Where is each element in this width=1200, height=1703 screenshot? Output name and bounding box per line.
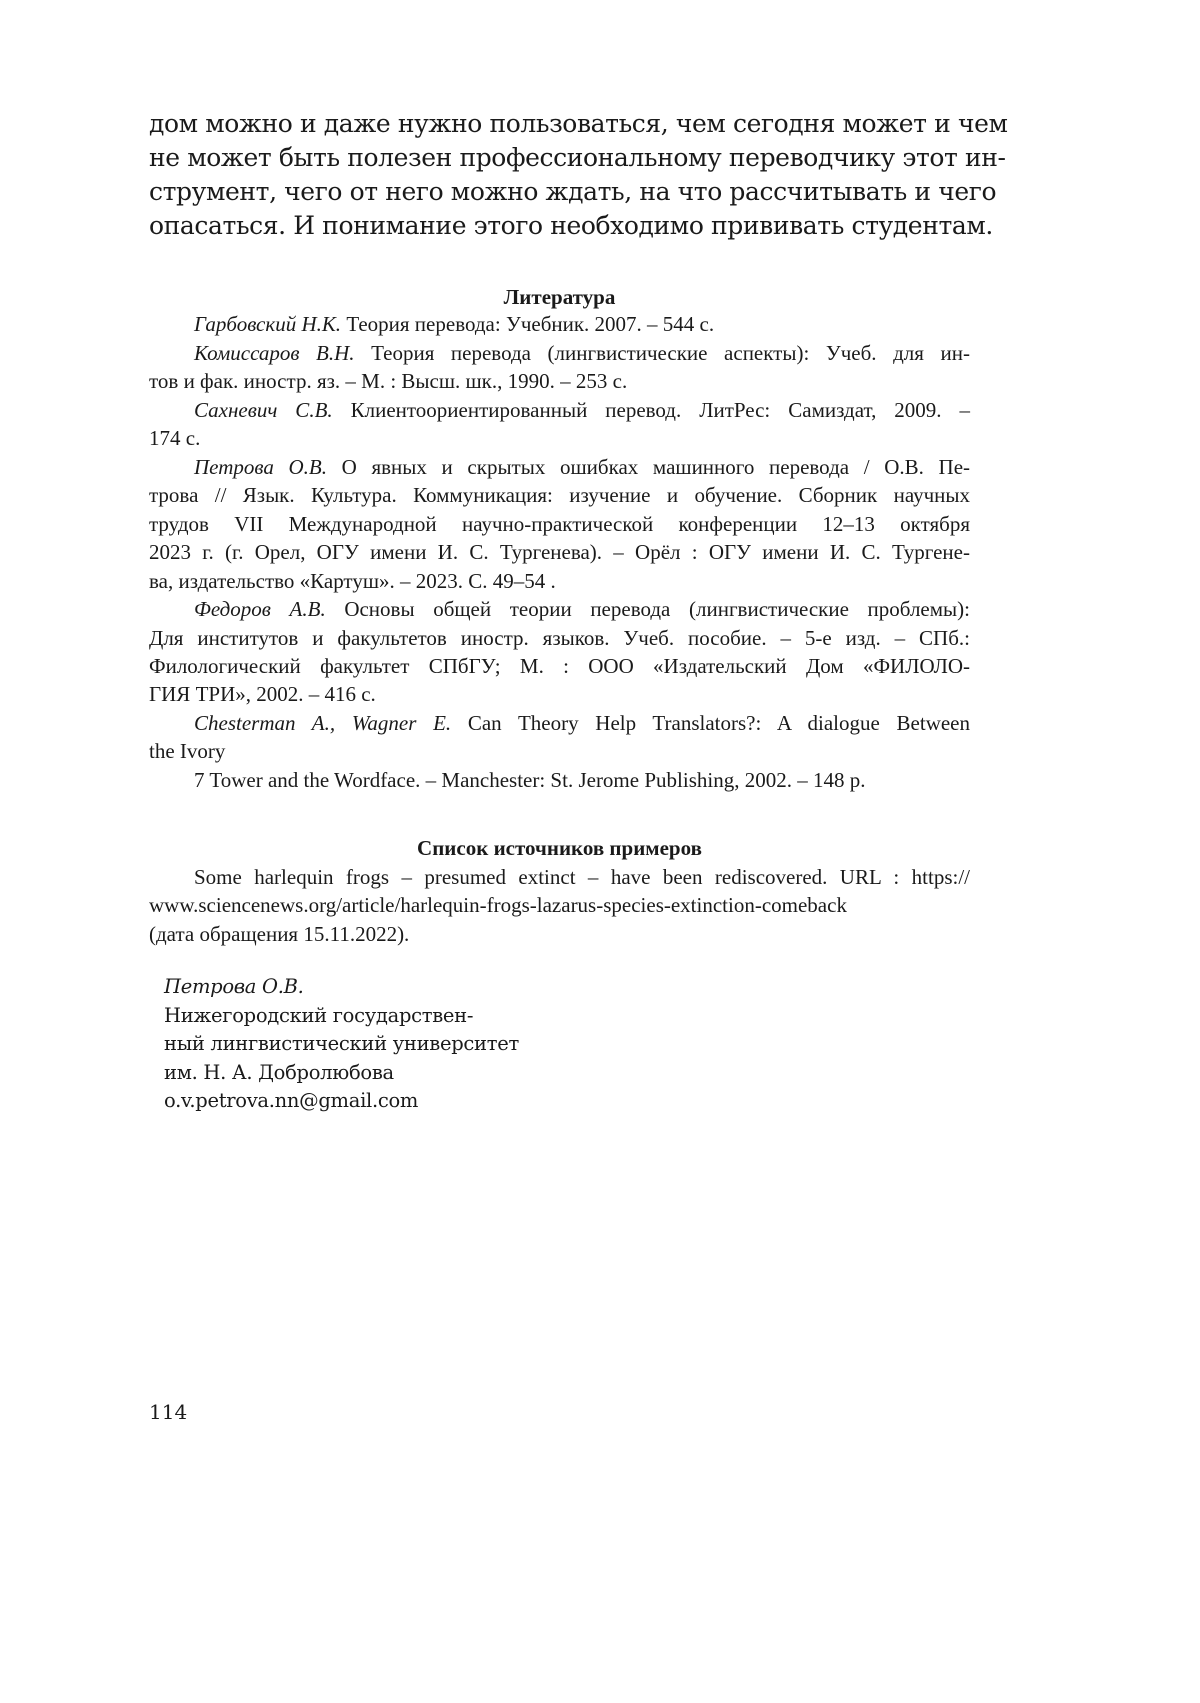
- author-affiliation-line: Нижегородский государствен-: [164, 1002, 519, 1031]
- examples-sources-heading: Список источников примеров: [149, 834, 970, 862]
- reference-author: Сахневич С.В.: [194, 398, 333, 422]
- reference-continuation: тов и фак. иностр. яз. – М. : Высш. шк.,…: [149, 367, 970, 395]
- reference-text: О явных и скрытых ошибках машинного пере…: [327, 455, 970, 479]
- reference-continuation: 2023 г. (г. Орел, ОГУ имени И. С. Турген…: [149, 538, 970, 566]
- reference-text: Клиентоориентированный перевод. ЛитРес: …: [333, 398, 970, 422]
- reference-entry: Chesterman A., Wagner E. Can Theory Help…: [194, 709, 970, 737]
- body-paragraph-line: струмент, чего от него можно ждать, на ч…: [149, 175, 970, 209]
- example-source-text: Some harlequin frogs – presumed extinct …: [194, 863, 970, 891]
- example-source-url[interactable]: www.sciencenews.org/article/harlequin-fr…: [149, 891, 970, 919]
- reference-continuation: трудов VII Международной научно-практиче…: [149, 510, 970, 538]
- author-name: Петрова О.В.: [164, 973, 519, 1002]
- reference-author: Комиссаров В.Н.: [194, 341, 355, 365]
- body-paragraph-line: дом можно и даже нужно пользоваться, чем…: [149, 107, 970, 141]
- reference-entry: Гарбовский Н.К. Теория перевода: Учебник…: [194, 310, 970, 338]
- reference-continuation: трова // Язык. Культура. Коммуникация: и…: [149, 481, 970, 509]
- reference-continuation: ва, издательство «Картуш». – 2023. С. 49…: [149, 567, 970, 595]
- reference-author: Chesterman A., Wagner E.: [194, 711, 451, 735]
- reference-text: Теория перевода: Учебник. 2007. – 544 с.: [341, 312, 714, 336]
- author-affiliation-line: им. Н. А. Добролюбова: [164, 1059, 519, 1088]
- reference-text: Can Theory Help Translators?: A dialogue…: [451, 711, 970, 735]
- reference-author: Гарбовский Н.К.: [194, 312, 341, 336]
- reference-text: Основы общей теории перевода (лингвистич…: [326, 597, 970, 621]
- reference-entry: Петрова О.В. О явных и скрытых ошибках м…: [194, 453, 970, 481]
- page-number: 114: [149, 1398, 187, 1426]
- author-affiliation-line: ный лингвистический университет: [164, 1030, 519, 1059]
- reference-text: Теория перевода (лингвистические аспекты…: [355, 341, 970, 365]
- reference-continuation: 174 с.: [149, 424, 970, 452]
- reference-entry: Комиссаров В.Н. Теория перевода (лингвис…: [194, 339, 970, 367]
- reference-continuation: ГИЯ ТРИ», 2002. – 416 с.: [149, 680, 970, 708]
- reference-entry: Сахневич С.В. Клиентоориентированный пер…: [194, 396, 970, 424]
- author-email[interactable]: o.v.petrova.nn@gmail.com: [164, 1087, 519, 1116]
- example-source-access-date: (дата обращения 15.11.2022).: [149, 920, 970, 948]
- reference-continuation: Для институтов и факультетов иностр. язы…: [149, 624, 970, 652]
- document-page: дом можно и даже нужно пользоваться, чем…: [0, 0, 1200, 1703]
- body-paragraph-line: не может быть полезен профессиональному …: [149, 141, 970, 175]
- body-paragraph-line: опасаться. И понимание этого необходимо …: [149, 209, 970, 243]
- reference-continuation: the Ivory: [149, 737, 970, 765]
- literature-heading: Литература: [149, 283, 970, 311]
- reference-entry: Федоров А.В. Основы общей теории перевод…: [194, 595, 970, 623]
- reference-continuation: 7 Tower and the Wordface. – Manchester: …: [194, 766, 970, 794]
- reference-author: Федоров А.В.: [194, 597, 326, 621]
- reference-author: Петрова О.В.: [194, 455, 327, 479]
- reference-continuation: Филологический факультет СПбГУ; М. : ООО…: [149, 652, 970, 680]
- author-info: Петрова О.В. Нижегородский государствен-…: [164, 973, 519, 1116]
